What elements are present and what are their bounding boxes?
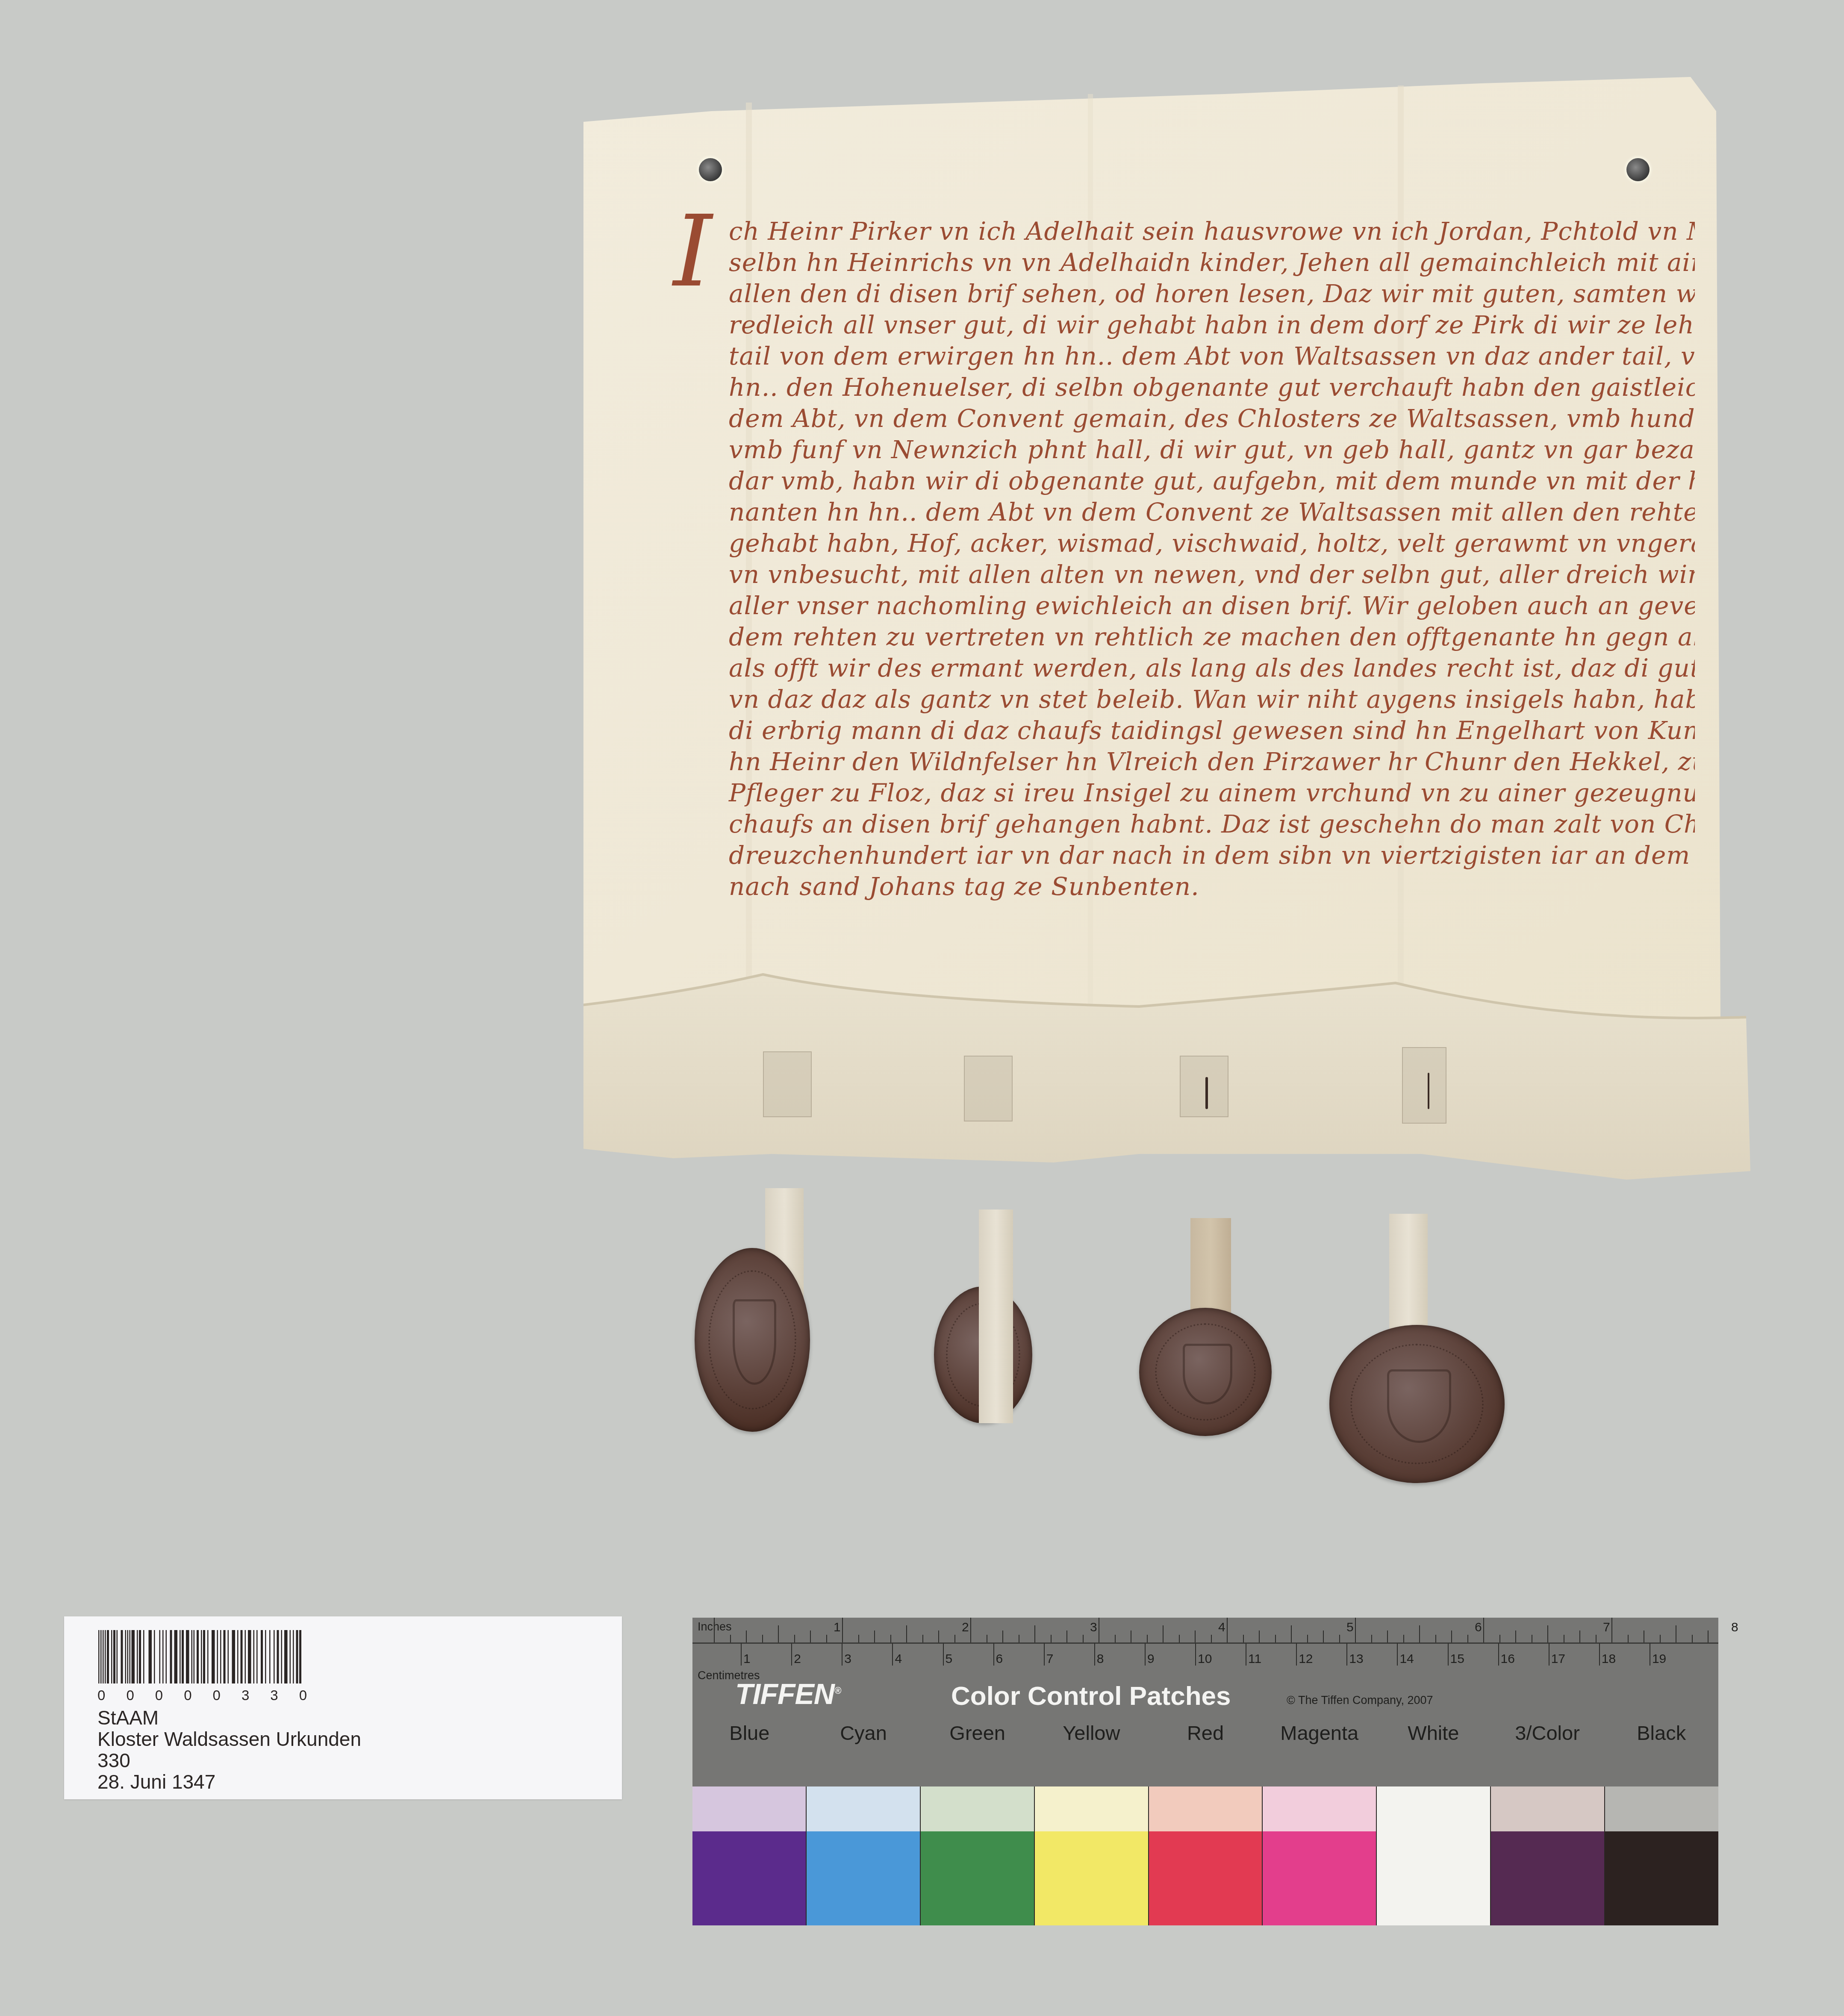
inch-tick	[922, 1635, 923, 1642]
cm-tick	[791, 1643, 792, 1666]
light-patch	[921, 1786, 1034, 1831]
seal-slit	[1180, 1056, 1228, 1117]
barcode-digit: 0	[184, 1687, 191, 1704]
text-line: dreuzchenhundert iar vn dar nach in dem …	[690, 840, 1695, 871]
inch-tick	[794, 1635, 795, 1642]
inch-tick	[906, 1625, 907, 1642]
inch-tick	[1564, 1635, 1564, 1642]
conservation-hole-left	[699, 158, 722, 181]
patch-label: 3/Color	[1491, 1721, 1605, 1745]
barcode-digit: 0	[213, 1687, 221, 1704]
patch-column	[1035, 1786, 1149, 1925]
cm-number: 18	[1602, 1652, 1616, 1666]
cm-number: 7	[1046, 1652, 1054, 1666]
inch-tick	[1291, 1625, 1292, 1642]
seal-tag-3	[1190, 1218, 1231, 1321]
patch-labels: Blue Cyan Green Yellow Red Magenta White…	[692, 1721, 1718, 1745]
inch-tick	[1708, 1630, 1708, 1642]
light-patch	[1035, 1786, 1148, 1831]
inch-tick	[1002, 1630, 1003, 1642]
cm-number: 19	[1652, 1652, 1666, 1666]
inch-tick	[1275, 1635, 1276, 1642]
fold-ink-mark	[1428, 1073, 1429, 1109]
seal-tag-2-front	[979, 1286, 1013, 1423]
archive-label: 0 0 0 0 0 3 3 0 StAAM Kloster Waldsassen…	[64, 1616, 622, 1799]
inch-tick	[1131, 1630, 1131, 1642]
inch-tick	[1051, 1635, 1052, 1642]
cm-number: 14	[1399, 1652, 1414, 1666]
inch-tick	[1115, 1635, 1116, 1642]
text-line: ch Heinr Pirker vn ich Adelhait sein hau…	[690, 216, 1695, 247]
text-line: Pfleger zu Floz, daz si ireu Insigel zu …	[690, 777, 1695, 809]
inch-tick	[1323, 1630, 1324, 1642]
dark-patch	[1377, 1831, 1490, 1925]
text-line: nach sand Johans tag ze Sunbenten.	[690, 871, 1695, 902]
inch-tick	[970, 1618, 971, 1642]
inch-tick	[1099, 1618, 1099, 1642]
dark-patch	[692, 1831, 806, 1925]
cm-number: 1	[743, 1652, 751, 1666]
text-line: vn vnbesucht, mit allen alten vn newen, …	[690, 559, 1695, 590]
text-line: aller vnser nachomling ewichleich an dis…	[690, 590, 1695, 621]
seal-slit	[763, 1051, 812, 1117]
document-number: 330	[97, 1750, 130, 1771]
inch-tick	[810, 1630, 811, 1642]
color-control-chart: Inches 12345678 123456789101112131415161…	[692, 1618, 1723, 1925]
light-patch	[1491, 1786, 1604, 1831]
inch-tick	[1692, 1635, 1693, 1642]
cm-number: 9	[1147, 1652, 1155, 1666]
tiffen-logo: TIFFEN®	[735, 1678, 841, 1711]
inch-tick	[730, 1635, 731, 1642]
inch-number: 4	[1218, 1620, 1225, 1635]
inch-tick	[1532, 1635, 1532, 1642]
inch-tick	[746, 1630, 747, 1642]
text-line: redleich all vnser gut, di wir gehabt ha…	[690, 309, 1695, 341]
text-line: selbn hn Heinrichs vn vn Adelhaidn kinde…	[690, 247, 1695, 278]
inch-tick	[842, 1618, 843, 1642]
inch-tick	[1147, 1635, 1148, 1642]
patch-label: Yellow	[1034, 1721, 1149, 1745]
cm-tick	[993, 1643, 994, 1666]
patch-label: Blue	[692, 1721, 807, 1745]
text-line: tail von dem erwirgen hn hn.. dem Abt vo…	[690, 341, 1695, 372]
initial-letter: I	[673, 203, 713, 301]
cm-tick	[1246, 1643, 1246, 1666]
inch-tick	[1644, 1630, 1644, 1642]
barcode-digit: 0	[299, 1687, 307, 1704]
inch-number: 3	[1090, 1620, 1097, 1635]
cm-tick	[1599, 1643, 1600, 1666]
inch-tick	[1307, 1635, 1308, 1642]
inch-tick	[1435, 1635, 1436, 1642]
brand-name: TIFFEN	[735, 1678, 834, 1710]
inch-ruler: Inches 12345678	[692, 1618, 1718, 1644]
cm-tick	[741, 1643, 742, 1666]
inch-tick	[1403, 1635, 1404, 1642]
text-line: hn Heinr den Wildnfelser hn Vlreich den …	[690, 746, 1695, 777]
light-patch	[1263, 1786, 1376, 1831]
inch-number: 1	[834, 1620, 841, 1635]
text-line: di erbrig mann di daz chaufs taidingsl g…	[690, 715, 1695, 746]
patch-column	[807, 1786, 921, 1925]
inch-tick	[938, 1630, 939, 1642]
light-patch	[1149, 1786, 1262, 1831]
cm-number: 5	[946, 1652, 953, 1666]
patch-column	[921, 1786, 1035, 1925]
inch-tick	[1034, 1625, 1035, 1642]
cm-number: 15	[1450, 1652, 1464, 1666]
wax-seal-1	[695, 1248, 810, 1432]
barcode-digit: 0	[155, 1687, 163, 1704]
text-line: gehabt habn, Hof, acker, wismad, vischwa…	[690, 528, 1695, 559]
cm-number: 4	[895, 1652, 902, 1666]
inch-tick	[1660, 1635, 1661, 1642]
cm-tick	[1448, 1643, 1449, 1666]
inch-tick	[1339, 1635, 1340, 1642]
chart-title: Color Control Patches	[951, 1681, 1231, 1711]
cm-ruler: 12345678910111213141516171819	[692, 1642, 1718, 1668]
inch-tick	[1579, 1630, 1580, 1642]
inch-tick	[874, 1630, 875, 1642]
cm-tick	[1195, 1643, 1196, 1666]
light-patch	[1605, 1786, 1718, 1831]
text-line: allen den di disen brif sehen, od horen …	[690, 278, 1695, 309]
cm-tick	[943, 1643, 944, 1666]
inch-tick	[1483, 1618, 1484, 1642]
text-line: nanten hn hn.. dem Abt vn dem Convent ze…	[690, 497, 1695, 528]
text-line: vmb funf vn Newnzich phnt hall, di wir g…	[690, 434, 1695, 465]
inch-tick	[1628, 1635, 1629, 1642]
inch-tick	[1387, 1630, 1388, 1642]
cm-number: 13	[1349, 1652, 1363, 1666]
patch-column	[1491, 1786, 1605, 1925]
text-line: chaufs an disen brif gehangen habnt. Daz…	[690, 809, 1695, 840]
barcode-icon	[98, 1630, 301, 1683]
barcode-digit: 0	[126, 1687, 134, 1704]
inch-tick	[1515, 1630, 1516, 1642]
barcode-digit: 3	[242, 1687, 249, 1704]
dark-patch	[1263, 1831, 1376, 1925]
barcode-number: 0 0 0 0 0 3 3 0	[97, 1687, 307, 1704]
charter-text: I ch Heinr Pirker vn ich Adelhait sein h…	[690, 216, 1695, 902]
cm-tick	[1549, 1643, 1549, 1666]
patch-label: Black	[1604, 1721, 1718, 1745]
inch-tick	[858, 1635, 859, 1642]
inch-tick	[954, 1635, 955, 1642]
inch-tick	[1547, 1625, 1548, 1642]
patch-column	[1605, 1786, 1718, 1925]
inch-tick	[826, 1635, 827, 1642]
dark-patch	[1605, 1831, 1718, 1925]
cm-number: 2	[794, 1652, 801, 1666]
dark-patch	[921, 1831, 1034, 1925]
copyright-text: © The Tiffen Company, 2007	[1287, 1694, 1433, 1707]
cm-number: 11	[1248, 1652, 1261, 1666]
cm-tick	[1296, 1643, 1297, 1666]
seal-slit	[964, 1056, 1013, 1121]
text-line: als offt wir des ermant werden, als lang…	[690, 653, 1695, 684]
seal-slit	[1402, 1047, 1446, 1124]
fold-ink-mark	[1205, 1077, 1208, 1109]
inch-tick	[987, 1635, 987, 1642]
text-line: dem rehten zu vertreten vn rehtlich ze m…	[690, 621, 1695, 653]
inch-tick	[1019, 1635, 1019, 1642]
patch-column	[1149, 1786, 1263, 1925]
dark-patch	[1149, 1831, 1262, 1925]
inch-tick	[1227, 1618, 1228, 1642]
cm-tick	[892, 1643, 893, 1666]
inch-tick	[1611, 1618, 1612, 1642]
cm-tick	[1044, 1643, 1045, 1666]
document-date: 28. Juni 1347	[97, 1771, 215, 1792]
inch-tick	[1355, 1618, 1356, 1642]
text-line: vn daz daz als gantz vn stet beleib. Wan…	[690, 684, 1695, 715]
inch-tick	[1195, 1630, 1196, 1642]
inch-number: 2	[962, 1620, 969, 1635]
cm-tick	[1145, 1643, 1146, 1666]
inch-tick	[890, 1635, 891, 1642]
inch-number: 6	[1475, 1620, 1482, 1635]
cm-tick	[1650, 1643, 1650, 1666]
inch-tick	[762, 1635, 763, 1642]
inch-tick	[1243, 1635, 1244, 1642]
inch-tick	[1066, 1630, 1067, 1642]
inch-number: 8	[1731, 1620, 1738, 1635]
light-patch	[807, 1786, 920, 1831]
text-line: hn.. den Hohenuelser, di selbn obgenante…	[690, 372, 1695, 403]
text-line: dem Abt, vn dem Convent gemain, des Chlo…	[690, 403, 1695, 434]
inch-tick	[1211, 1635, 1212, 1642]
inch-number: 7	[1603, 1620, 1610, 1635]
chart-header: Inches 12345678 123456789101112131415161…	[692, 1618, 1718, 1786]
cm-tick	[1094, 1643, 1095, 1666]
text-line: dar vmb, habn wir di obgenante gut, aufg…	[690, 465, 1695, 497]
wax-seal-4	[1329, 1325, 1505, 1483]
cm-number: 17	[1551, 1652, 1565, 1666]
archive-name: StAAM	[97, 1707, 159, 1728]
patch-column	[1263, 1786, 1377, 1925]
inch-tick	[778, 1625, 779, 1642]
cm-number: 10	[1198, 1652, 1212, 1666]
cm-number: 6	[996, 1652, 1003, 1666]
inch-tick	[1676, 1625, 1676, 1642]
barcode-digit: 3	[270, 1687, 278, 1704]
patch-label: Red	[1149, 1721, 1263, 1745]
patch-label: Green	[920, 1721, 1034, 1745]
barcode-digit: 0	[97, 1687, 105, 1704]
color-patches	[692, 1786, 1718, 1925]
cm-tick	[842, 1643, 842, 1666]
patch-column	[1377, 1786, 1491, 1925]
dark-patch	[1035, 1831, 1148, 1925]
patch-label: Magenta	[1262, 1721, 1376, 1745]
dark-patch	[1491, 1831, 1604, 1925]
inch-tick	[1467, 1635, 1468, 1642]
inch-tick	[1371, 1635, 1372, 1642]
registered-mark: ®	[834, 1685, 841, 1696]
inch-tick	[1259, 1630, 1260, 1642]
light-patch	[1377, 1786, 1490, 1831]
conservation-hole-right	[1626, 158, 1650, 181]
inch-tick	[1083, 1635, 1084, 1642]
inch-tick	[1179, 1635, 1180, 1642]
inch-tick	[1499, 1635, 1500, 1642]
inch-number: 5	[1346, 1620, 1354, 1635]
inch-tick	[1419, 1625, 1420, 1642]
light-patch	[692, 1786, 806, 1831]
cm-tick	[1498, 1643, 1499, 1666]
cm-number: 8	[1097, 1652, 1104, 1666]
cm-tick	[1397, 1643, 1398, 1666]
dark-patch	[807, 1831, 920, 1925]
inch-tick	[1451, 1630, 1452, 1642]
cm-tick	[1346, 1643, 1347, 1666]
inch-tick	[714, 1618, 715, 1642]
charter-document: I ch Heinr Pirker vn ich Adelhait sein h…	[583, 77, 1750, 1188]
inch-tick	[1163, 1625, 1164, 1642]
cm-number: 3	[844, 1652, 851, 1666]
inch-tick	[1596, 1635, 1597, 1642]
wax-seal-3	[1139, 1308, 1272, 1436]
patch-label: White	[1376, 1721, 1491, 1745]
patch-label: Cyan	[807, 1721, 921, 1745]
cm-number: 16	[1501, 1652, 1515, 1666]
patch-column	[692, 1786, 807, 1925]
cm-number: 12	[1299, 1652, 1313, 1666]
collection-name: Kloster Waldsassen Urkunden	[97, 1728, 361, 1750]
